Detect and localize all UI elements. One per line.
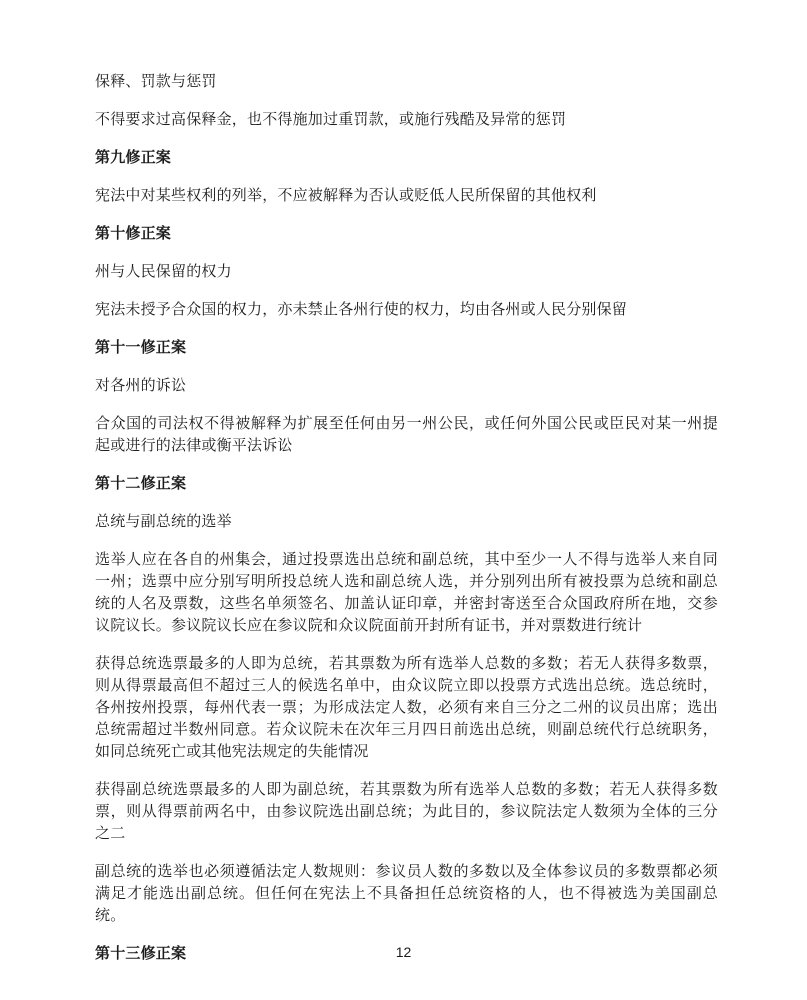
paragraph-amendment-10-title: 州与人民保留的权力	[95, 261, 718, 283]
paragraph-amendment-12-title: 总统与副总统的选举	[95, 511, 718, 533]
paragraph-amendment-12-body-1: 选举人应在各自的州集会，通过投票选出总统和副总统，其中至少一人不得与选举人来自同…	[95, 549, 718, 637]
paragraph-bail-body: 不得要求过高保释金，也不得施加过重罚款，或施行残酷及异常的惩罚	[95, 109, 718, 131]
paragraph-bail-title: 保释、罚款与惩罚	[95, 71, 718, 93]
paragraph-amendment-12-body-4: 副总统的选举也必须遵循法定人数规则：参议员人数的多数以及全体参议员的多数票都必须…	[95, 861, 718, 927]
heading-amendment-12: 第十二修正案	[95, 473, 718, 495]
paragraph-amendment-9-body: 宪法中对某些权利的列举，不应被解释为否认或贬低人民所保留的其他权利	[95, 185, 718, 207]
page-number: 12	[0, 942, 807, 962]
document-page: 保释、罚款与惩罚 不得要求过高保释金，也不得施加过重罚款，或施行残酷及异常的惩罚…	[0, 0, 807, 1000]
heading-amendment-11: 第十一修正案	[95, 337, 718, 359]
paragraph-amendment-11-title: 对各州的诉讼	[95, 375, 718, 397]
heading-amendment-9: 第九修正案	[95, 147, 718, 169]
document-content: 保释、罚款与惩罚 不得要求过高保释金，也不得施加过重罚款，或施行残酷及异常的惩罚…	[95, 71, 718, 981]
paragraph-amendment-12-body-3: 获得副总统选票最多的人即为副总统，若其票数为所有选举人总数的多数；若无人获得多数…	[95, 779, 718, 845]
paragraph-amendment-11-body: 合众国的司法权不得被解释为扩展至任何由另一州公民，或任何外国公民或臣民对某一州提…	[95, 413, 718, 457]
paragraph-amendment-12-body-2: 获得总统选票最多的人即为总统，若其票数为所有选举人总数的多数；若无人获得多数票，…	[95, 653, 718, 763]
paragraph-amendment-10-body: 宪法未授予合众国的权力，亦未禁止各州行使的权力，均由各州或人民分别保留	[95, 299, 718, 321]
heading-amendment-10: 第十修正案	[95, 223, 718, 245]
